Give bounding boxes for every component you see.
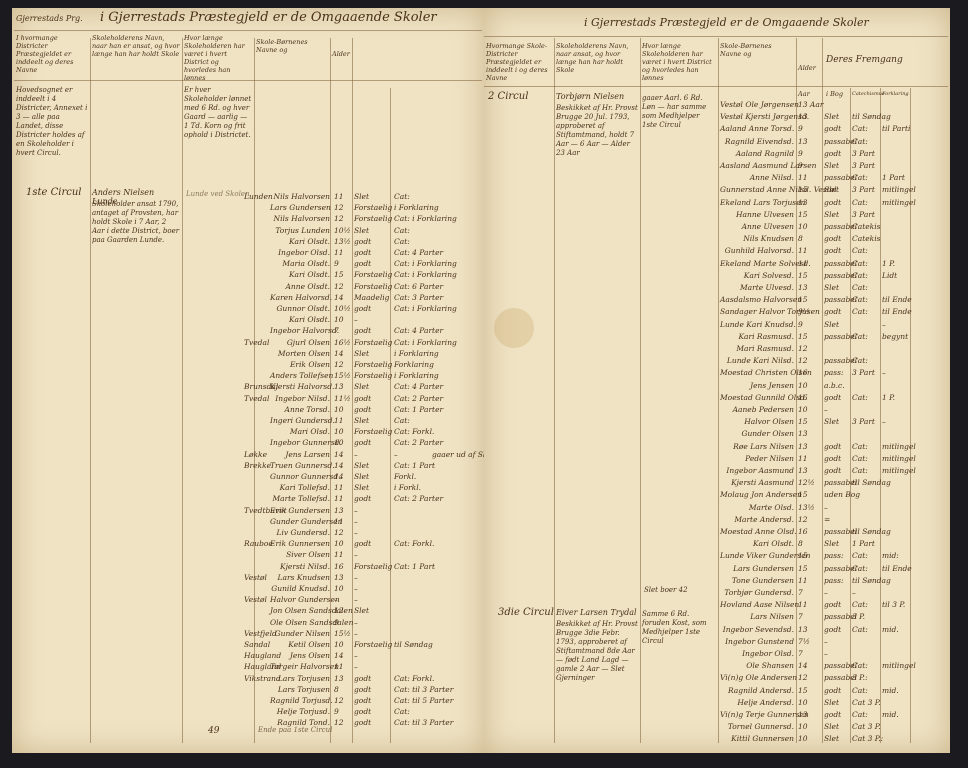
child-reading: Forstaelig [354,214,392,223]
child-catechism: til Søndag [852,576,891,585]
child-name: Halvor Gundersen [270,595,330,604]
child-catechism: Cat: [852,393,868,402]
child-name: Anne Olsdt. [270,282,330,291]
child-name: Kari Olsdt. [270,237,330,246]
child-reading: godt [354,326,371,335]
child-name: Jon Olsen Sandsdalen [270,606,330,615]
child-catechism: Cat: 2 Parter [394,494,443,503]
subheader-catechism: Catechismus [852,90,885,98]
col-header-districts-right: Hvormange Skole-Districter Præstegjeldet… [486,42,552,82]
child-age: 10½ [334,304,351,313]
child-name: Anne Torsd. [270,405,330,414]
child-age: 12 [334,214,344,223]
child-catechism: Cat: [852,271,868,280]
child-age: 10½ [334,226,351,235]
child-age: 14 [334,450,344,459]
child-age: 16 [334,562,344,571]
child-age: 11 [798,576,808,585]
child-name: Nils Halvorsen [270,214,330,223]
child-age: 15 [798,490,808,499]
child-name: Kittil Gunnersen [720,734,794,743]
child-name: Lars Torjusen [270,674,330,683]
child-explanation: mid. [882,686,899,695]
child-catechism: i Forklaring [394,349,439,358]
child-catechism: Cat: [852,686,868,695]
child-age: 13½ [798,503,815,512]
child-name: Torbjør Gundersd. [720,588,794,597]
child-catechism: Cat 3 P. [852,722,881,731]
child-reading: Slet [354,483,369,492]
child-age: 13 [798,283,808,292]
child-age: 11 [798,454,808,463]
child-age: 15 [334,270,344,279]
child-age: 16½ [334,338,351,347]
salary-note-3: Samme 6 Rd. foruden Kost, som Medhjelper… [642,610,716,646]
child-catechism: Cat: 2 Parter [394,438,443,447]
child-reading: Slet [354,382,369,391]
child-name: Ole Olsen Sandsdalen [270,618,330,627]
subheader-reading: i Bog [826,90,843,98]
child-name: Mari Olsd. [270,427,330,436]
child-catechism: Cat: i Forklaring [394,304,457,313]
col-header-districts: I hvormange Districter Præstegjeldet er … [16,34,88,74]
child-reading: godt [824,198,841,207]
child-reading: – [824,503,828,512]
child-name: Peder Nilsen [720,454,794,463]
child-age: 14 [334,293,344,302]
child-name: Ingebor Olsd. [270,248,330,257]
child-reading: Slet [824,417,839,426]
child-catechism: Cat: 4 Parter [394,326,443,335]
child-age: 11½ [334,394,351,403]
child-catechism: Cat: [852,600,868,609]
child-name: Erik Gundersen [270,506,330,515]
child-reading: pass: [824,576,844,585]
child-catechism: Cat: [852,295,868,304]
child-name: Vestøl Ole Jørgensen [720,100,794,109]
footer-note: Ende paa 1ste Circul [258,726,332,735]
child-reading: Forstaelig [354,562,392,571]
child-age: 15 [798,564,808,573]
child-catechism: 1 Part [852,539,875,548]
child-age: 11 [798,600,808,609]
child-age: 14 [334,472,344,481]
child-age: 11 [798,259,808,268]
child-name: Hanne Ulvesen [720,210,794,219]
child-reading: godt [824,124,841,133]
circle-label-2: 2 Circul [488,92,528,101]
child-catechism: Forkl. [394,472,416,481]
child-age: 10 [798,405,808,414]
child-age: 14 [334,651,344,660]
child-name: Ingeri Gundersd. [270,416,330,425]
child-explanation: til Parti [882,124,910,133]
child-catechism: Cat: [852,661,868,670]
col-header-salary: Hvor længe Skoleholderen har været i hve… [184,34,252,82]
child-explanation: til 3 P. [882,600,905,609]
child-name: Aaneb Pedersen [720,405,794,414]
child-age: 11 [334,416,344,425]
child-catechism: Cat: i Forklaring [394,259,457,268]
child-name: Nils Knudsen [720,234,794,243]
child-name: Lars Torjusen [270,685,330,694]
child-name: Gjurl Olsen [270,338,330,347]
child-name: Maria Olsdt. [270,259,330,268]
child-name: Siver Olsen [270,550,330,559]
col-header-salary-right: Hvor længe Skoleholderen har været i hve… [642,42,716,82]
child-name: Mari Rasmusd. [720,344,794,353]
child-explanation: 1 P. [882,259,895,268]
page-title-right: i Gjerrestads Præstegjeld er de Omgaaend… [584,16,869,29]
child-reading: – [354,618,358,627]
page-title: i Gjerrestads Præstegjeld er de Omgaaend… [100,10,437,25]
child-name: Ekeland Marte Solvesd. [720,259,794,268]
child-reading: godt [824,625,841,634]
child-age: 16 [798,393,808,402]
child-name: Erik Olsen [270,360,330,369]
child-reading: pass: [824,551,844,560]
child-explanation: – [882,368,886,377]
child-reading: = [824,515,830,524]
child-reading: pass: [824,368,844,377]
child-age: 12 [798,356,808,365]
child-name: Gunnor Olsdt. [270,304,330,313]
child-catechism: Cat: [852,551,868,560]
child-catechism: til Søndag [852,112,891,121]
child-catechism: Cat: [852,137,868,146]
child-catechism: til Søndag [852,478,891,487]
child-name: Marte Ulvesd. [720,283,794,292]
child-name: Helje Torjusd. [270,707,330,716]
child-age: 9 [334,618,339,627]
child-age: 13 [798,625,808,634]
child-reading: godt [824,246,841,255]
child-reading: Forstaelig [354,270,392,279]
child-catechism: Cat: [852,246,868,255]
child-reading: Forstaelig [354,338,392,347]
col-header-age-right: Alder [798,64,816,72]
child-age: 13 [334,506,344,515]
child-reading: godt [354,248,371,257]
child-reading: Slet [354,472,369,481]
child-name: Gunder Olsen [720,429,794,438]
child-reading: – [354,517,358,526]
child-age: 12½ [798,478,815,487]
col-header-age: Alder [332,50,350,58]
child-catechism: til Søndag [852,527,891,536]
child-age: 12 [334,718,344,727]
child-name: Ekeland Lars Torjusen [720,198,794,207]
child-name: Lars Nilsen [720,612,794,621]
running-head: Gjerrestads Prg. [16,14,83,23]
child-age: 15 [798,332,808,341]
child-explanation: 1 P. [882,393,895,402]
col-header-teacher-right: Skoleholderens Navn, naar ansat, og hvor… [556,42,638,74]
child-name: Ingebor Gunstend [720,637,794,646]
child-catechism: Cat: 1 Part [394,562,435,571]
child-age: 10 [334,405,344,414]
child-catechism: Forklaring [394,360,434,369]
child-reading: – [354,573,358,582]
child-reading: Slet [824,210,839,219]
child-catechism: Cat: [852,283,868,292]
child-name: Aaland Anne Torsd. [720,124,794,133]
child-explanation: – [882,320,886,329]
child-age: 14 [334,349,344,358]
child-name: Ingebor Aasmund [720,466,794,475]
child-reading: a.b.c. [824,381,845,390]
child-reading: godt [824,454,841,463]
child-age: 13½ [334,237,351,246]
child-reading: – [354,662,358,671]
child-explanation: – [882,417,886,426]
child-catechism: 3 Part [852,161,875,170]
child-age: 11 [334,248,344,257]
child-catechism: Cat: [394,192,410,201]
child-age: 12 [798,344,808,353]
child-name: Kari Rasmusd. [720,332,794,341]
child-catechism: Cat: [852,442,868,451]
child-age: 9 [798,124,803,133]
child-name: Lunde Kari Knudsd. [720,320,794,329]
child-catechism: 3 Part [852,185,875,194]
left-page: Gjerrestads Prg. i Gjerrestads Præstegje… [12,8,485,753]
child-catechism: Cat: [852,356,868,365]
child-age: 12 [334,203,344,212]
child-catechism: Cat: [852,454,868,463]
child-name: Jens Jensen [720,381,794,390]
child-name: Karen Halvorsd. [270,293,330,302]
page-number: 49 [208,726,219,736]
child-age: 11 [334,192,344,201]
child-name: Kari Olsdt. [270,315,330,324]
child-catechism: Cat: i Forklaring [394,338,457,347]
child-reading: godt [824,393,841,402]
child-catechism: Cat: [852,332,868,341]
child-age: 12 [334,282,344,291]
child-name: Aasland Aasmund Larsen [720,161,794,170]
child-age: 15½ [334,371,351,380]
child-name: Anders Tollefsen [270,371,330,380]
child-reading: Slet [824,161,839,170]
child-explanation: mid. [882,625,899,634]
circle-label: 1ste Circul [26,188,81,197]
child-name: Helje Andersd. [720,698,794,707]
child-name: Gunhild Halvorsd. [720,246,794,255]
child-catechism: – [852,588,856,597]
child-explanation: Lidt [882,271,897,280]
child-catechism: Cat: i Forklaring [394,270,457,279]
child-name: Jens Larsen [270,450,330,459]
child-age: 13 [798,710,808,719]
circle-label-3: 3die Circul [498,608,554,617]
child-age: 9 [334,259,339,268]
child-reading: Forstaelig [354,282,392,291]
teacher-note-2: Beskikket af Hr. Provst Brugge 20 Jul. 1… [556,104,638,158]
child-name: Vi(n)g Terje Gunnersen [720,710,794,719]
child-reading: – [824,649,828,658]
child-name: Liv Gundersd. [270,528,330,537]
child-name: Torjus Lunden [270,226,330,235]
child-age: 13 [798,429,808,438]
child-catechism: 3 P. [852,612,865,621]
child-age: 11 [334,662,344,671]
child-reading: – [354,651,358,660]
child-age: 10 [334,438,344,447]
child-catechism: Cat: 4 Parter [394,382,443,391]
child-catechism: Cat: 6 Parter [394,282,443,291]
child-age: 10 [798,734,808,743]
child-catechism: Cat: Forkl. [394,674,434,683]
child-name: Ole Shansen [720,661,794,670]
child-age: 12 [798,673,808,682]
child-age: 12 [334,528,344,537]
child-age: 8 [334,685,339,694]
child-reading: Slet [354,606,369,615]
child-name: Kjersti Nilsd. [270,562,330,571]
child-name: Nils Halvorsen [270,192,330,201]
child-name: Lunde Kari Nilsd. [720,356,794,365]
child-reading: godt [354,394,371,403]
child-name: Marte Andersd. [720,515,794,524]
child-age: 15 [798,686,808,695]
child-age: 13 [334,382,344,391]
child-reading: godt [824,710,841,719]
district-note: Hovedsognet er inddeelt i 4 Districter, … [16,86,88,158]
child-reading: – [354,595,358,604]
child-reading: Slet [824,185,839,194]
child-age: 11 [334,494,344,503]
teacher-note: Skoleholder ansat 1790, antaget af Provs… [92,200,180,245]
child-reading: Slet [354,226,369,235]
child-age: 12 [798,515,808,524]
child-name: Molaug Jon Andersen [720,490,794,499]
child-reading: Forstaelig [354,360,392,369]
child-explanation: mitlingel [882,185,916,194]
child-age: 14 [798,661,808,670]
child-catechism: Cat: til 3 Parter [394,685,453,694]
child-age: 7 [798,649,803,658]
col-header-teacher: Skoleholderens Navn, naar han er ansat, … [92,34,180,58]
child-age: 7 [798,588,803,597]
child-reading: godt [354,259,371,268]
child-age: 10 [798,698,808,707]
child-name: Gunder Gundersen [270,517,330,526]
child-reading: godt [354,494,371,503]
col-header-children-right: Skole-Børnenes Navne og [720,42,794,58]
child-reading: Forstaelig [354,640,392,649]
child-catechism: Cat: [852,124,868,133]
child-catechism: – [394,450,398,459]
child-name: Ingebor Olsd. [720,649,794,658]
child-name: Ingebor Nilsd. [270,394,330,403]
salary-note: Er hver Skoleholder lønnet med 6 Rd. og … [184,86,252,140]
child-age: 15 [798,551,808,560]
child-name: Hovland Aase Nilsen [720,600,794,609]
child-name: Vi(n)g Ole Andersen [720,673,794,682]
child-name: Moestad Anne Olsd. [720,527,794,536]
child-catechism: Cat: [852,625,868,634]
child-reading: godt [354,304,371,313]
child-name: Gunnerstad Anne Nilsd. Vestøl [720,185,794,194]
child-reading: godt [354,438,371,447]
child-reading: godt [824,600,841,609]
teacher-note-3: Beskikket af Hr. Provst Brugge 3die Febr… [556,620,638,683]
child-reading: godt [354,539,371,548]
child-name: Ketil Olsen [270,640,330,649]
child-explanation: mid: [882,551,899,560]
child-age: 8 [798,539,803,548]
subheader-explanation: Forklaring [882,90,909,98]
child-catechism: 3 P.: [852,673,868,682]
child-age: 9½ [798,307,810,316]
child-name: Kjersti Aasmund [720,478,794,487]
child-explanation: begynt [882,332,908,341]
child-reading: – [824,637,828,646]
child-age: 11 [334,550,344,559]
child-reading: – [354,550,358,559]
child-catechism: Cat: [394,707,410,716]
child-catechism: Catekis [852,222,880,231]
child-age: 11 [798,173,808,182]
teacher-name-2: Torbjørn Nielsen [556,92,638,101]
child-name: Lars Knudsen [270,573,330,582]
child-reading: godt [354,718,371,727]
child-catechism: Catekis [852,234,880,243]
child-name: Ingebor Halvorsd. [270,326,330,335]
col-header-progress: Deres Fremgang [826,56,903,64]
child-catechism: 3 Part [852,417,875,426]
child-name: Kari Olsdt. [270,270,330,279]
child-reading: Slet [354,192,369,201]
child-catechism: Cat: 1 Parter [394,405,443,414]
child-catechism: Cat: [852,710,868,719]
child-name: Ragnild Andersd. [720,686,794,695]
child-age: 9 [798,320,803,329]
child-catechism: Cat 3 P.: [852,734,883,743]
child-age: 15 [798,271,808,280]
child-name: Kari Solvesd. [720,271,794,280]
child-age: 13 [334,573,344,582]
child-catechism: Cat: til 3 Parter [394,718,453,727]
child-age: 10 [798,381,808,390]
child-reading: godt [354,674,371,683]
child-catechism: Cat: [852,259,868,268]
child-reading: – [824,405,828,414]
child-catechism: Cat: Forkl. [394,539,434,548]
child-name: Jens Olsen [270,651,330,660]
teacher-name-3: Eiver Larsen Trydal [556,608,638,617]
child-name: Ragnild Eivendsd. [720,137,794,146]
child-age: 10 [334,427,344,436]
child-reading: – [354,629,358,638]
child-age: 15 [798,185,808,194]
child-name: Tone Gundersen [720,576,794,585]
child-name: Lars Gundersen [270,203,330,212]
child-reading: godt [824,686,841,695]
child-name: Ingebor Sevendsd. [720,625,794,634]
child-age: 15 [798,295,808,304]
child-name: Moestad Gunnild Olsd. [720,393,794,402]
child-age: 13 [798,137,808,146]
child-age: 10 [334,584,344,593]
child-explanation: til Ende [882,307,912,316]
child-catechism: Cat: til 5 Parter [394,696,453,705]
child-reading: Forstaelig [354,203,392,212]
child-reading: Slet [824,722,839,731]
child-name: Torgeir Halvorsen [270,662,330,671]
child-name: Vestøl Kjersti Jørgensd. [720,112,794,121]
